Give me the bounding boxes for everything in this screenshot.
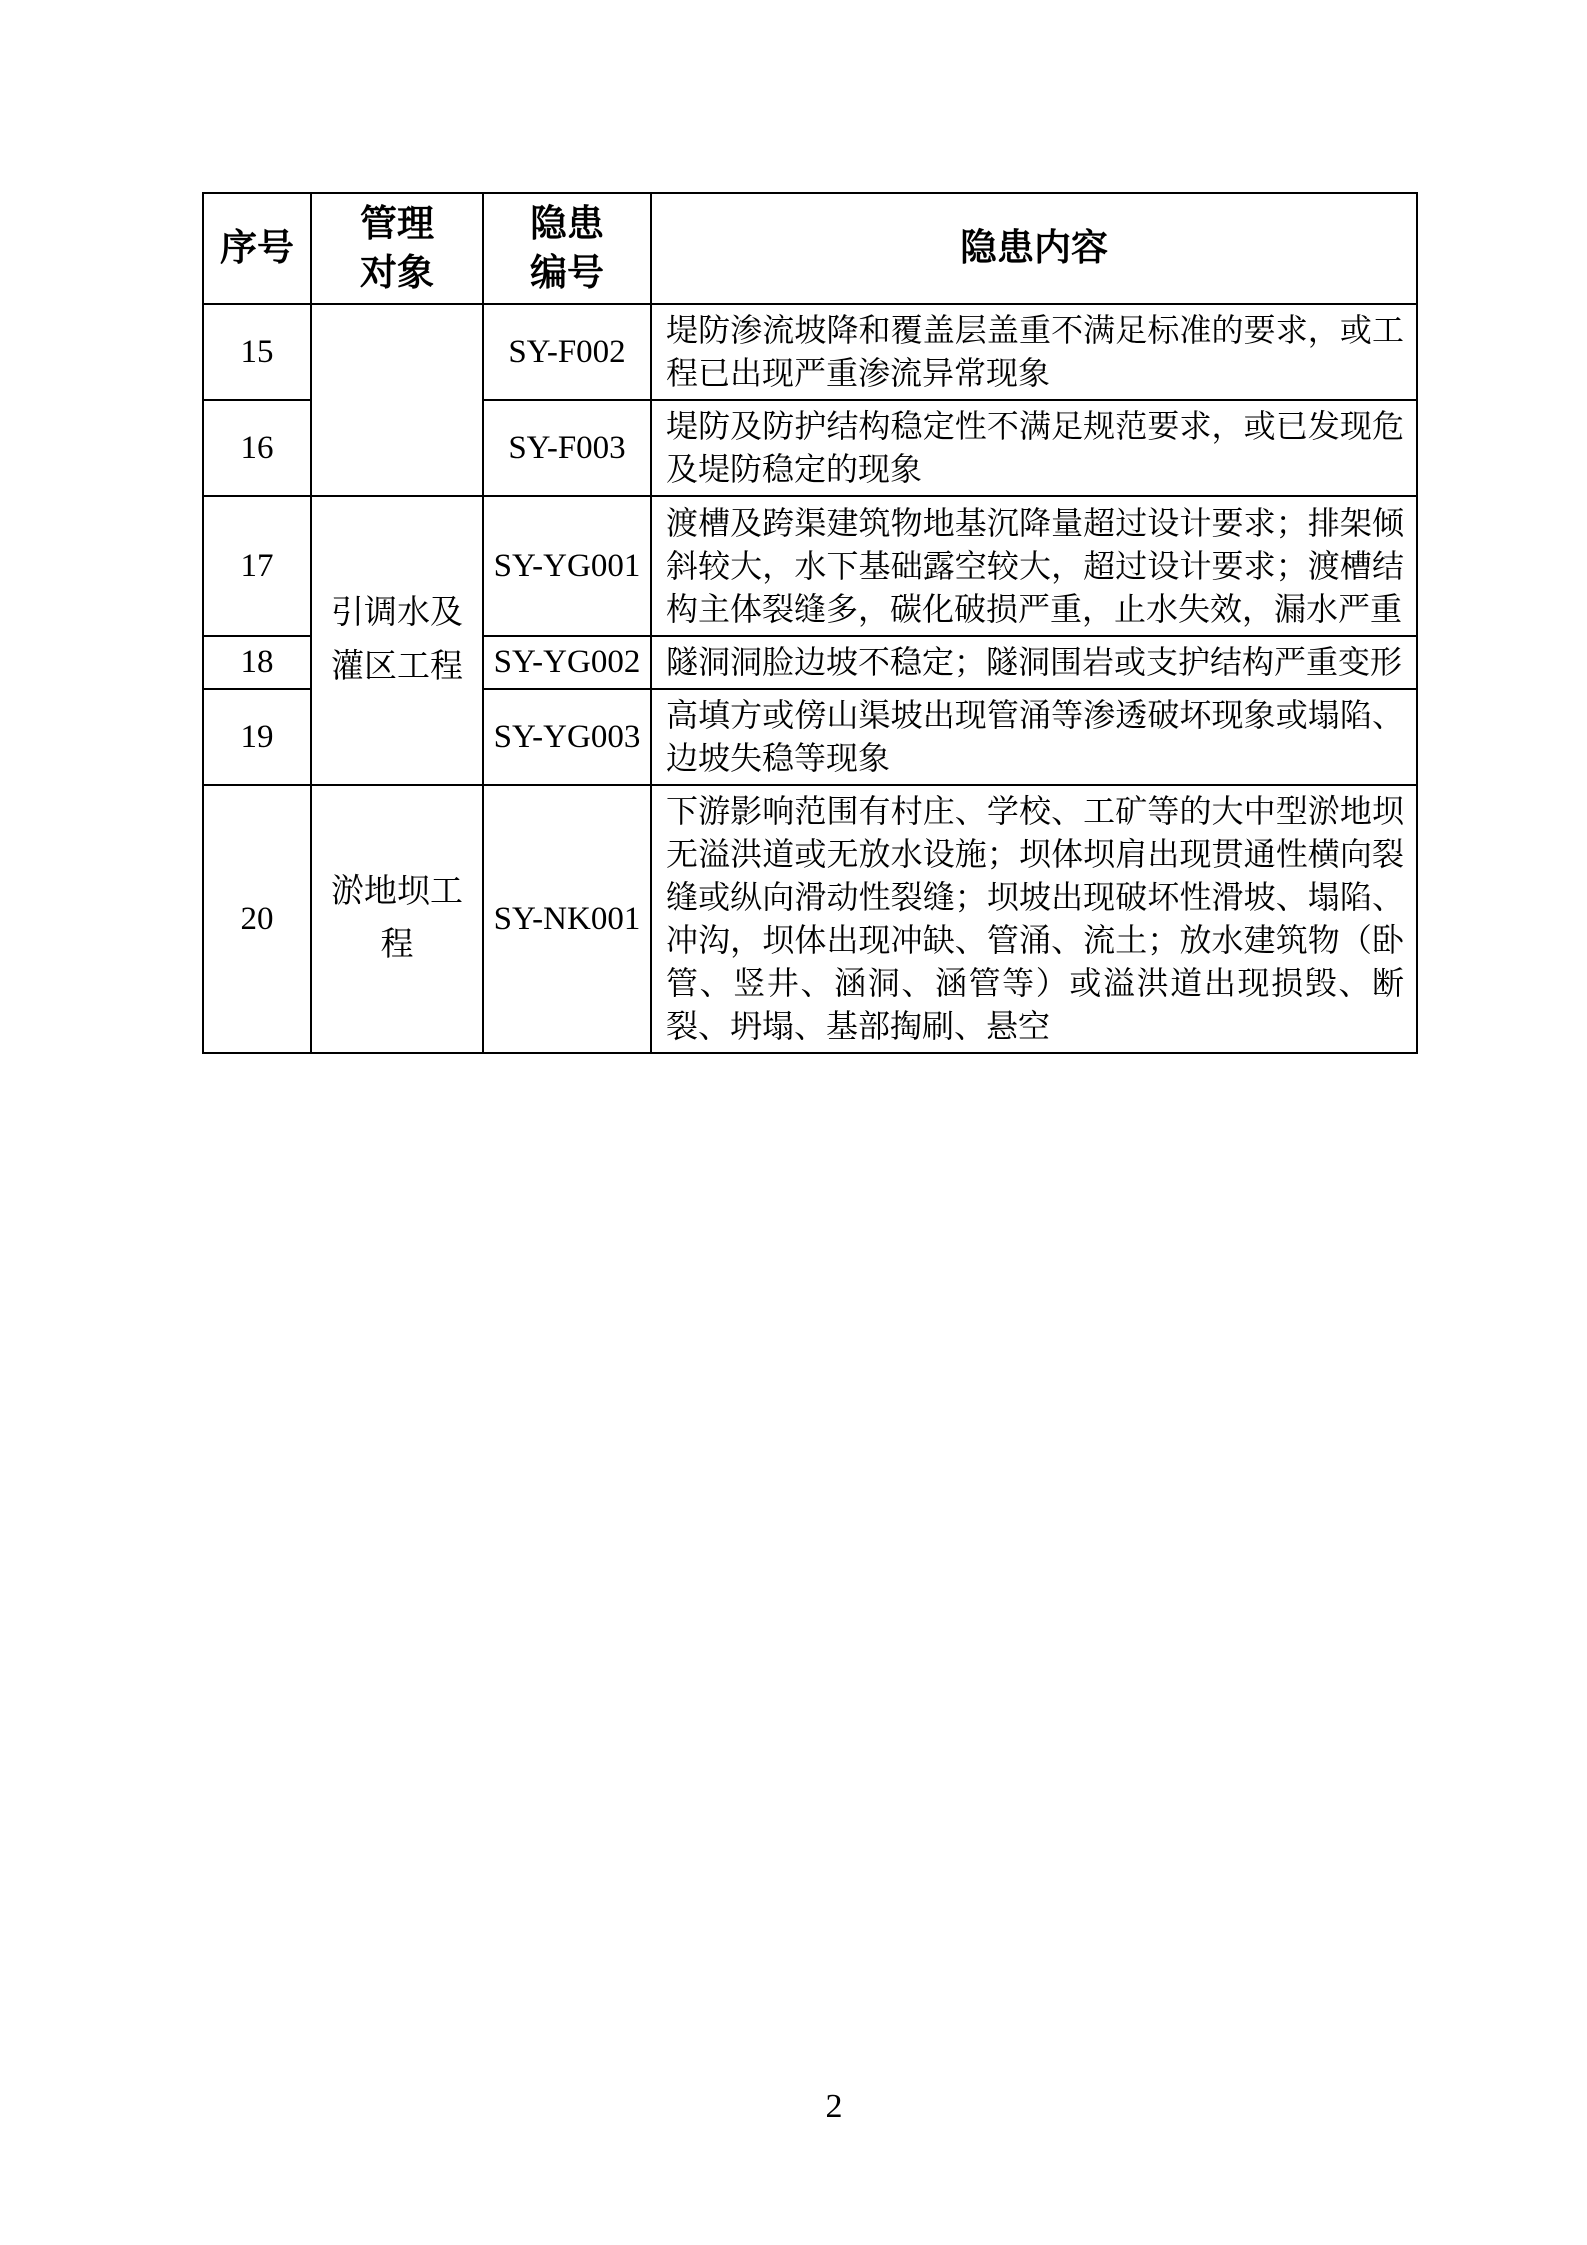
- cell-serial-number: 17: [203, 496, 311, 636]
- cell-hazard-content: 下游影响范围有村庄、学校、工矿等的大中型淤地坝无溢洪道或无放水设施；坝体坝肩出现…: [651, 785, 1417, 1053]
- cell-hazard-code: SY-YG001: [483, 496, 651, 636]
- table-row: 20 淤地坝工程 SY-NK001 下游影响范围有村庄、学校、工矿等的大中型淤地…: [203, 785, 1417, 1053]
- cell-hazard-code: SY-YG002: [483, 636, 651, 689]
- cell-serial-number: 18: [203, 636, 311, 689]
- table-row: 17 引调水及灌区工程 SY-YG001 渡槽及跨渠建筑物地基沉降量超过设计要求…: [203, 496, 1417, 636]
- cell-hazard-content: 渡槽及跨渠建筑物地基沉降量超过设计要求；排架倾斜较大，水下基础露空较大，超过设计…: [651, 496, 1417, 636]
- cell-serial-number: 15: [203, 304, 311, 400]
- cell-hazard-code: SY-YG003: [483, 689, 651, 785]
- cell-management-object: 淤地坝工程: [311, 785, 483, 1053]
- cell-hazard-code: SY-NK001: [483, 785, 651, 1053]
- cell-hazard-content: 隧洞洞脸边坡不稳定；隧洞围岩或支护结构严重变形: [651, 636, 1417, 689]
- header-hazard-code: 隐患 编号: [483, 193, 651, 304]
- cell-hazard-content: 堤防渗流坡降和覆盖层盖重不满足标准的要求，或工程已出现严重渗流异常现象: [651, 304, 1417, 400]
- page-number: 2: [826, 2088, 843, 2126]
- cell-serial-number: 20: [203, 785, 311, 1053]
- cell-hazard-code: SY-F002: [483, 304, 651, 400]
- header-hazard-content: 隐患内容: [651, 193, 1417, 304]
- cell-hazard-content: 堤防及防护结构稳定性不满足规范要求，或已发现危及堤防稳定的现象: [651, 400, 1417, 496]
- cell-management-object: [311, 304, 483, 496]
- header-serial-number: 序号: [203, 193, 311, 304]
- cell-serial-number: 16: [203, 400, 311, 496]
- cell-hazard-content: 高填方或傍山渠坡出现管涌等渗透破坏现象或塌陷、边坡失稳等现象: [651, 689, 1417, 785]
- header-management-object: 管理 对象: [311, 193, 483, 304]
- cell-serial-number: 19: [203, 689, 311, 785]
- table-header-row: 序号 管理 对象 隐患 编号 隐患内容: [203, 193, 1417, 304]
- cell-hazard-code: SY-F003: [483, 400, 651, 496]
- document-page: 序号 管理 对象 隐患 编号 隐患内容 15 SY-F002 堤防渗流坡降和覆盖…: [0, 0, 1587, 2245]
- cell-management-object: 引调水及灌区工程: [311, 496, 483, 785]
- table-row: 15 SY-F002 堤防渗流坡降和覆盖层盖重不满足标准的要求，或工程已出现严重…: [203, 304, 1417, 400]
- hazard-table: 序号 管理 对象 隐患 编号 隐患内容 15 SY-F002 堤防渗流坡降和覆盖…: [202, 192, 1418, 1054]
